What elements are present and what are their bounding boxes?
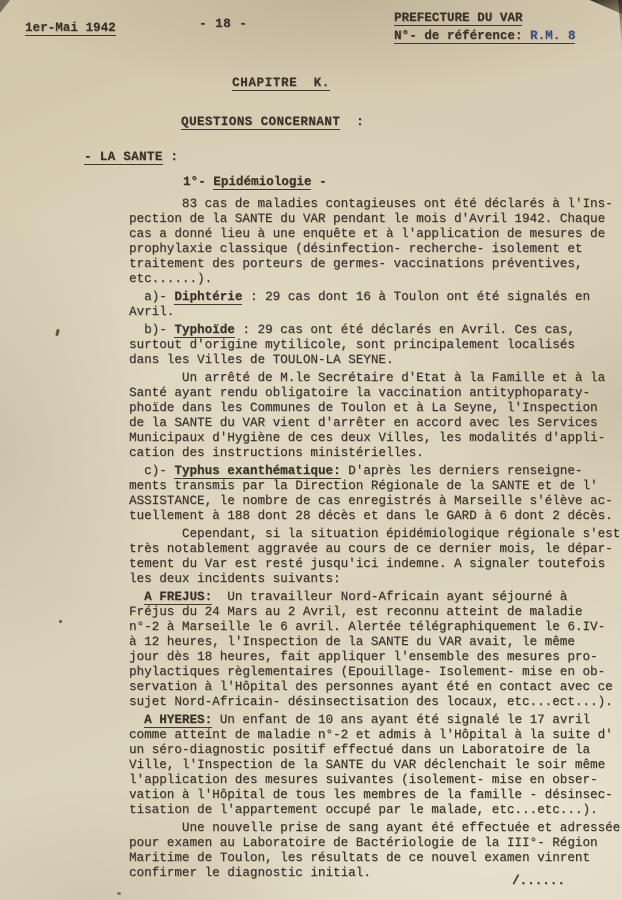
text-line: Municipaux d'Hygiène de ces deux Villes,…	[129, 431, 622, 446]
text-line: traitement des porteurs de germes- vacci…	[129, 257, 622, 272]
subsection-number: 1°-	[183, 175, 213, 189]
text-line: prophylaxie classique (désinfection- rec…	[129, 242, 622, 257]
header-date-text: 1er-Mai 1942	[25, 21, 116, 36]
text-line: à 12 heures, l'Inspection de la SANTE du…	[129, 635, 622, 650]
text-line: servation à l'Hôpital des personnes ayan…	[129, 680, 622, 695]
text-line: vation à l'Hôpital de tous les membres d…	[129, 788, 622, 803]
text-line: Santé ayant rendu obligatoire la vaccina…	[129, 386, 622, 401]
text-line: pection de la SANTE du VAR pendant le mo…	[129, 212, 622, 227]
text-line: tuellement à 188 dont 28 décès et dans l…	[129, 509, 622, 524]
underlined-term: Typhoïde	[174, 323, 234, 338]
text-line: Cependant, si la situation épidémiologiq…	[129, 527, 622, 542]
text-line: c)- Typhus exanthématique: D'après les d…	[129, 464, 622, 479]
reference-underline: N°- de référence: R.M. 8	[394, 29, 575, 44]
organization-name: PREFECTURE DU VAR	[394, 11, 522, 26]
paragraph: 83 cas de maladies contagieuses ont été …	[129, 197, 622, 287]
underlined-term: Typhus exanthématique:	[174, 464, 340, 479]
organization-name-text: PREFECTURE DU VAR	[394, 11, 522, 26]
subject-heading-text: QUESTIONS CONCERNANT	[181, 115, 340, 130]
text-line: comme atteint de maladie n°-2 et admis à…	[129, 728, 622, 743]
document-page: 1er-Mai 1942 - 18 - PREFECTURE DU VAR N°…	[0, 0, 622, 900]
paragraph: b)- Typhoïde : 29 cas ont été déclarés e…	[129, 323, 622, 368]
underlined-term: A HYERES:	[144, 713, 212, 728]
header-date: 1er-Mai 1942	[25, 21, 116, 36]
text-line: l'application des mesures suivantes (iso…	[129, 773, 622, 788]
continuation-mark: /......	[512, 874, 565, 889]
text-line: un séro-diagnostic positif effectué dans…	[129, 743, 622, 758]
section-heading-la-sante: - LA SANTE :	[84, 150, 178, 165]
paragraph: a)- Diphtérie : 29 cas dont 16 à Toulon …	[129, 290, 622, 320]
text-line: Un arrêté de M.le Secrétaire d'Etat à la…	[129, 371, 622, 386]
text-line: Avril.	[129, 305, 622, 320]
subject-heading-colon: :	[340, 115, 364, 129]
subject-heading: QUESTIONS CONCERNANT :	[181, 115, 364, 130]
text-line: a)- Diphtérie : 29 cas dont 16 à Toulon …	[129, 290, 622, 305]
text-line: ASSISTANCE, le nombre de cas enregistrés…	[129, 494, 622, 509]
paragraph: A HYERES: Un enfant de 10 ans ayant été …	[129, 713, 622, 818]
text-line: Une nouvelle prise de sang ayant été eff…	[129, 821, 622, 836]
subsection-dash: -	[311, 175, 326, 189]
text-line: très notablement aggravée au cours de ce…	[129, 542, 622, 557]
text-line: b)- Typhoïde : 29 cas ont été déclarés e…	[129, 323, 622, 338]
section-heading-colon: :	[163, 150, 179, 164]
text-line: 83 cas de maladies contagieuses ont été …	[129, 197, 622, 212]
text-line: dans les Villes de TOULON-LA SEYNE.	[129, 353, 622, 368]
ink-speck	[55, 329, 60, 337]
subsection-heading-epidemiologie: 1°- Epidémiologie -	[183, 175, 327, 190]
text-line: jour dès 18 heures, fait appliquer l'ens…	[129, 650, 622, 665]
page-number: - 18 -	[199, 17, 247, 32]
ink-speck	[59, 620, 62, 623]
text-line: A HYERES: Un enfant de 10 ans ayant été …	[129, 713, 622, 728]
reference-label: N°- de référence:	[394, 29, 530, 43]
paragraph: c)- Typhus exanthématique: D'après les d…	[129, 464, 622, 524]
paragraph: Un arrêté de M.le Secrétaire d'Etat à la…	[129, 371, 622, 461]
paper-stain-top-right-corner	[586, 0, 622, 14]
text-line: sujet Nord-Africain- désinsectisation de…	[129, 695, 622, 710]
underlined-term: A FREJUS:	[144, 590, 212, 605]
text-line: tisation de l'appartement occupé par le …	[129, 803, 622, 818]
underlined-term: Diphtérie	[174, 290, 242, 305]
reference-line: N°- de référence: R.M. 8	[394, 29, 575, 44]
text-line: surtout d'origine mytilicole, sont princ…	[129, 338, 622, 353]
chapter-heading-text: CHAPITRE K.	[232, 76, 330, 91]
text-line: n°-2 à Marseille le 6 avril. Alertée tél…	[129, 620, 622, 635]
text-line: Maritime de Toulon, les résultats de ce …	[129, 851, 622, 866]
text-line: etc......).	[129, 272, 622, 287]
text-line: Ville, l'Inspection de la SANTE du VAR d…	[129, 758, 622, 773]
section-heading-text: - LA SANTE	[84, 150, 163, 165]
text-line: A FREJUS: Un travailleur Nord-Africain a…	[129, 590, 622, 605]
reference-number: R.M. 8	[530, 29, 575, 43]
paragraph: Une nouvelle prise de sang ayant été eff…	[129, 821, 622, 881]
chapter-heading: CHAPITRE K.	[232, 76, 330, 91]
text-line: de la SANTE du VAR vient d'arrêter en ac…	[129, 416, 622, 431]
text-line: pour examen au Laboratoire de Bactériolo…	[129, 836, 622, 851]
text-line: phylactiques règlementaires (Epouillage-…	[129, 665, 622, 680]
body-paragraphs: 83 cas de maladies contagieuses ont été …	[129, 197, 622, 881]
ink-speck	[117, 892, 121, 895]
paper-stain-top-left-corner	[0, 0, 10, 13]
text-line: les deux incidents suivants:	[129, 572, 622, 587]
text-line: cation des instructions ministérielles.	[129, 446, 622, 461]
text-line: ments transmis par la Direction Régional…	[129, 479, 622, 494]
text-line: tement du Var est resté jusqu'ici indemn…	[129, 557, 622, 572]
text-line: Fréjus du 24 Mars au 2 Avril, est reconn…	[129, 605, 622, 620]
text-line: cas a donné lieu à une enquête et à l'ap…	[129, 227, 622, 242]
subsection-title: Epidémiologie	[213, 175, 311, 190]
text-line: phoïde dans les Communes de Toulon et à …	[129, 401, 622, 416]
paragraph: Cependant, si la situation épidémiologiq…	[129, 527, 622, 587]
paragraph: A FREJUS: Un travailleur Nord-Africain a…	[129, 590, 622, 710]
